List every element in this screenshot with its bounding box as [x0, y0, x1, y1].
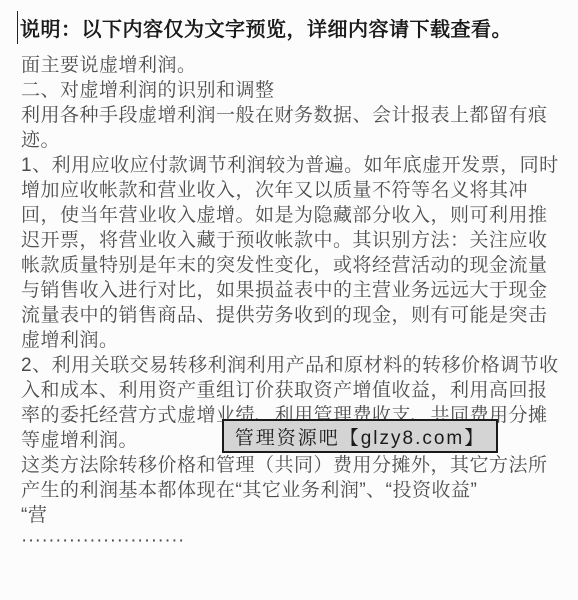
text-line: 1、利用应收应付款调节利润较为普遍。如年底虚开发票，同时	[21, 153, 568, 178]
text-line: “营	[21, 503, 568, 528]
text-line: 这类方法除转移价格和管理（共同）费用分摊外，其它方法所	[21, 453, 568, 478]
text-line: 迹。	[21, 128, 568, 153]
preview-body: 面主要说虚增利润。二、对虚增利润的识别和调整利用各种手段虚增利润一般在财务数据、…	[21, 53, 568, 553]
text-line: 产生的利润基本都体现在“其它业务利润”、“投资收益”	[21, 478, 568, 503]
text-cursor	[17, 11, 18, 44]
text-line: 流量表中的销售商品、提供劳务收到的现金，则有可能是突击	[21, 303, 568, 328]
text-line: 二、对虚增利润的识别和调整	[21, 78, 568, 103]
text-line: 与销售收入进行对比，如果损益表中的主营业务远远大于现金	[21, 278, 568, 303]
text-line: 虚增利润。	[21, 328, 568, 353]
text-line: ························	[21, 528, 568, 553]
text-line: 迟开票，将营业收入藏于预收帐款中。其识别方法：关注应收	[21, 228, 568, 253]
text-line: 增加应收帐款和营业收入，次年又以质量不符等名义将其冲	[21, 178, 568, 203]
watermark-badge: 管理资源吧【glzy8.com】	[222, 419, 498, 453]
text-line: 入和成本、利用资产重组订价获取资产增值收益，利用高回报	[21, 378, 568, 403]
text-line: 回，使当年营业收入虚增。如是为隐藏部分收入，则可利用推	[21, 203, 568, 228]
text-line: 2、利用关联交易转移利润利用产品和原材料的转移价格调节收	[21, 353, 568, 378]
text-line: 面主要说虚增利润。	[21, 53, 568, 78]
preview-notice: 说明：以下内容仅为文字预览，详细内容请下载查看。	[20, 13, 512, 42]
preview-page: 说明：以下内容仅为文字预览，详细内容请下载查看。 面主要说虚增利润。二、对虚增利…	[0, 0, 578, 600]
text-line: 利用各种手段虚增利润一般在财务数据、会计报表上都留有痕	[21, 103, 568, 128]
text-line: 帐款质量特别是年末的突发性变化，或将经营活动的现金流量	[21, 253, 568, 278]
